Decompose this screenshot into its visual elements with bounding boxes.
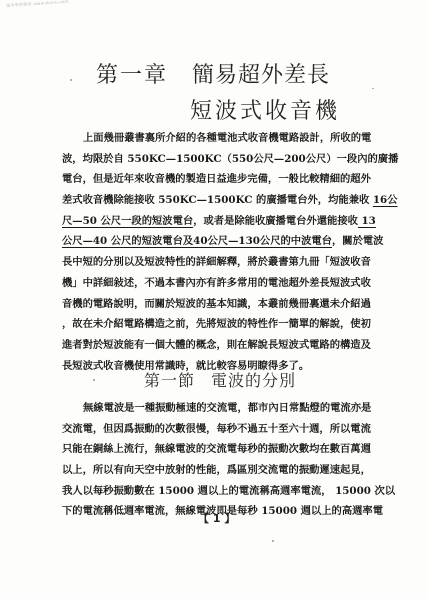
text-line: 音機的電路說明，而關於短波的基本知識，本叢前幾冊裏還未介紹過 bbox=[62, 294, 368, 315]
text-line: ，故在未介紹電路構造之前，先將短波的特性作一簡單的解說，使初 bbox=[62, 314, 368, 335]
text-segment: ，或者是除能收廣播電台外還能接收 bbox=[193, 215, 358, 227]
text-line: 進者對於短波能有一個大體的概念，則在解說長短波式電路的構造及 bbox=[62, 335, 368, 356]
text-line: 差式收音機除能接收 550KC—1500KC 的廣播電台外，均能兼收 16公 bbox=[62, 190, 368, 211]
text-line: 我人以每秒振動數在 15000 週以上的電流稱高週率電流， 15000 次以 bbox=[62, 481, 368, 502]
paragraph-intro: 上面幾冊叢書裏所介紹的各種電池式收音機電路設計，所收的電 波，均限於自 550K… bbox=[62, 128, 368, 376]
text-line: 只能在銅絲上流行，無線電波的交流電每秒的振動次數均在數百萬週 bbox=[62, 439, 368, 460]
text-line: 機」中詳細敍述，不過本書內亦有許多常用的電池超外差長短波式收 bbox=[62, 273, 368, 294]
section-title: 電波的分別 bbox=[211, 371, 296, 390]
text-line: 尺—50 公尺一段的短波電台，或者是除能收廣播電台外還能接收 13 bbox=[62, 211, 368, 232]
paragraph-wave-types: 無線電波是一種振動極速的交流電，都市內日常點燈的電流亦是 交流電，但因爲振動的次… bbox=[62, 398, 368, 522]
text-line: 電台，但是近年來收音機的製造日益進步完備，一般比較精細的超外 bbox=[62, 169, 368, 190]
watermark: 讀秀學術搜索 www.duxiu.com bbox=[6, 0, 69, 9]
text-line: 波，均限於自 550KC—1500KC（550公尺—200公尺）一段內的廣播 bbox=[62, 149, 368, 170]
chapter-title-line1: 簡易超外差長 bbox=[192, 63, 330, 88]
scan-speck bbox=[372, 88, 374, 89]
text-line: 以上，所以有向天空中放射的性能，爲區別交流電的振動遲速起見， bbox=[62, 460, 368, 481]
chapter-title-line2: 短波式收音機 bbox=[190, 94, 340, 125]
scan-speck bbox=[70, 79, 72, 81]
section-heading: 第一節電波的分別 bbox=[144, 368, 296, 391]
underlined-text: 13 bbox=[358, 215, 376, 227]
text-line: 上面幾冊叢書裏所介紹的各種電池式收音機電路設計，所收的電 bbox=[62, 128, 368, 149]
scan-speck bbox=[272, 540, 274, 542]
text-segment: ，關於電波 bbox=[332, 235, 383, 247]
underlined-text: 16公 bbox=[373, 194, 398, 206]
underlined-text: 尺—50 公尺一段的短波電台 bbox=[62, 215, 193, 227]
section-number: 第一節 bbox=[144, 371, 195, 390]
page-number: 【 1 】 bbox=[198, 510, 235, 526]
underlined-text: 公尺—40 公尺的短波電台及40公尺—130公尺的中波電台 bbox=[62, 235, 332, 247]
text-line: 無線電波是一種振動極速的交流電，都市內日常點燈的電流亦是 bbox=[62, 398, 368, 419]
chapter-number: 第一章 bbox=[96, 63, 168, 88]
scan-speck bbox=[93, 379, 95, 381]
text-segment: 差式收音機除能接收 550KC—1500KC 的廣播電台外，均能兼收 bbox=[62, 194, 373, 206]
text-line: 公尺—40 公尺的短波電台及40公尺—130公尺的中波電台，關於電波 bbox=[62, 231, 368, 252]
chapter-heading: 第一章簡易超外差長 bbox=[96, 58, 330, 89]
text-line: 交流電，但因爲振動的次數很慢，每秒不過五十至六十週，所以電流 bbox=[62, 419, 368, 440]
text-line: 長中短的分別以及短波特性的詳細解釋，將於叢書第九冊「短波收音 bbox=[62, 252, 368, 273]
